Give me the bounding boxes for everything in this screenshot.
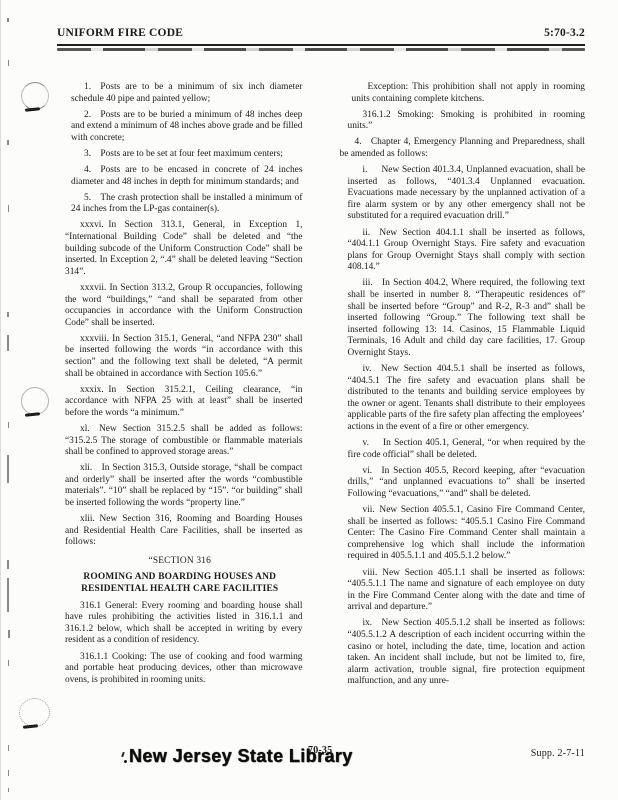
supplement-date: Supp. 2-7-11 xyxy=(531,748,585,759)
hole-punch-mark xyxy=(19,698,50,727)
paragraph: iv. New Section 404.5.1 shall be inserte… xyxy=(348,364,586,434)
scan-mark xyxy=(8,745,9,751)
paragraph: ii. New Section 404.1.1 shall be inserte… xyxy=(348,228,586,274)
scan-mark xyxy=(7,335,9,351)
scan-mark xyxy=(8,788,9,792)
paragraph: 1. Posts are to be a minimum of six inch… xyxy=(71,82,303,105)
document-title: UNIFORM FIRE CODE xyxy=(57,27,183,39)
hole-punch-mark xyxy=(21,82,49,110)
paragraph: xxxix. In Section 315.2.1, Ceiling clear… xyxy=(65,385,303,420)
scan-mark xyxy=(8,660,9,666)
paragraph: “SECTION 316 xyxy=(57,556,303,568)
page-header: UNIFORM FIRE CODE 5:70-3.2 xyxy=(57,27,585,39)
section-code: 5:70-3.2 xyxy=(544,27,585,39)
paragraph: xxxvi. In Section 313.1, General, in Exc… xyxy=(65,220,303,278)
paragraph: xxxviii. In Section 315.1, General, “and… xyxy=(65,334,303,380)
paragraph: xxxvii. In Section 313.2, Group R occupa… xyxy=(65,283,303,329)
paragraph: viii. New Section 405.1.1 shall be inser… xyxy=(348,568,586,614)
scan-mark xyxy=(7,312,9,317)
paragraph: 316.1 General: Every rooming and boardin… xyxy=(65,601,303,647)
scan-mark xyxy=(8,422,9,428)
header-rule xyxy=(57,44,585,46)
scan-mark xyxy=(7,18,9,22)
stamp-smudge-mark xyxy=(121,752,128,766)
paragraph: 316.1.1 Cooking: The use of cooking and … xyxy=(65,652,303,687)
paragraph: Exception: This prohibition shall not ap… xyxy=(352,82,586,105)
scan-mark xyxy=(8,60,9,66)
paragraph: xli. In Section 315.3, Outside storage, … xyxy=(65,463,303,509)
paragraph: vi. In Section 405.5, Record keeping, af… xyxy=(348,466,586,501)
hole-punch-mark xyxy=(21,387,49,415)
scan-mark xyxy=(8,630,10,638)
scan-mark xyxy=(7,455,9,483)
paragraph: 4. Posts are to be encased in concrete o… xyxy=(71,165,303,188)
paragraph: 3. Posts are to be set at four feet maxi… xyxy=(71,149,303,161)
scan-mark xyxy=(8,205,9,212)
paragraph: ROOMING AND BOARDING HOUSES AND RESIDENT… xyxy=(63,572,297,595)
paragraph: 4. Chapter 4, Emergency Planning and Pre… xyxy=(340,137,586,160)
paragraph: i. New Section 401.3.4, Unplanned evacua… xyxy=(348,165,586,223)
paragraph: 5. The crash protection shall be install… xyxy=(71,193,303,216)
right-column: Exception: This prohibition shall not ap… xyxy=(340,82,586,693)
header-rule-smudge xyxy=(57,48,585,51)
scan-mark xyxy=(7,140,9,145)
page-number: 70-35 xyxy=(308,745,332,756)
paragraph: iii. In Section 404.2, Where required, t… xyxy=(348,278,586,359)
paragraph: v. In Section 405.1, General, “or when r… xyxy=(348,438,586,461)
paragraph: xlii. New Section 316, Rooming and Board… xyxy=(65,514,303,549)
paragraph: ix. New Section 405.5.1.2 shall be inser… xyxy=(348,618,586,688)
paragraph: 316.1.2 Smoking: Smoking is prohibited i… xyxy=(348,110,586,133)
scan-mark xyxy=(7,578,9,612)
scan-mark xyxy=(8,770,9,776)
paragraph: 2. Posts are to be buried a minimum of 4… xyxy=(71,110,303,145)
left-column: 1. Posts are to be a minimum of six inch… xyxy=(57,82,303,693)
paragraph: vii. New Section 405.5.1, Casino Fire Co… xyxy=(348,505,586,563)
document-body: 1. Posts are to be a minimum of six inch… xyxy=(57,82,585,693)
paragraph: xl. New Section 315.2.5 shall be added a… xyxy=(65,424,303,459)
scan-mark xyxy=(7,560,9,569)
scanned-document-page: UNIFORM FIRE CODE 5:70-3.2 1. Posts are … xyxy=(0,0,618,800)
scan-edge-line xyxy=(0,0,1,800)
